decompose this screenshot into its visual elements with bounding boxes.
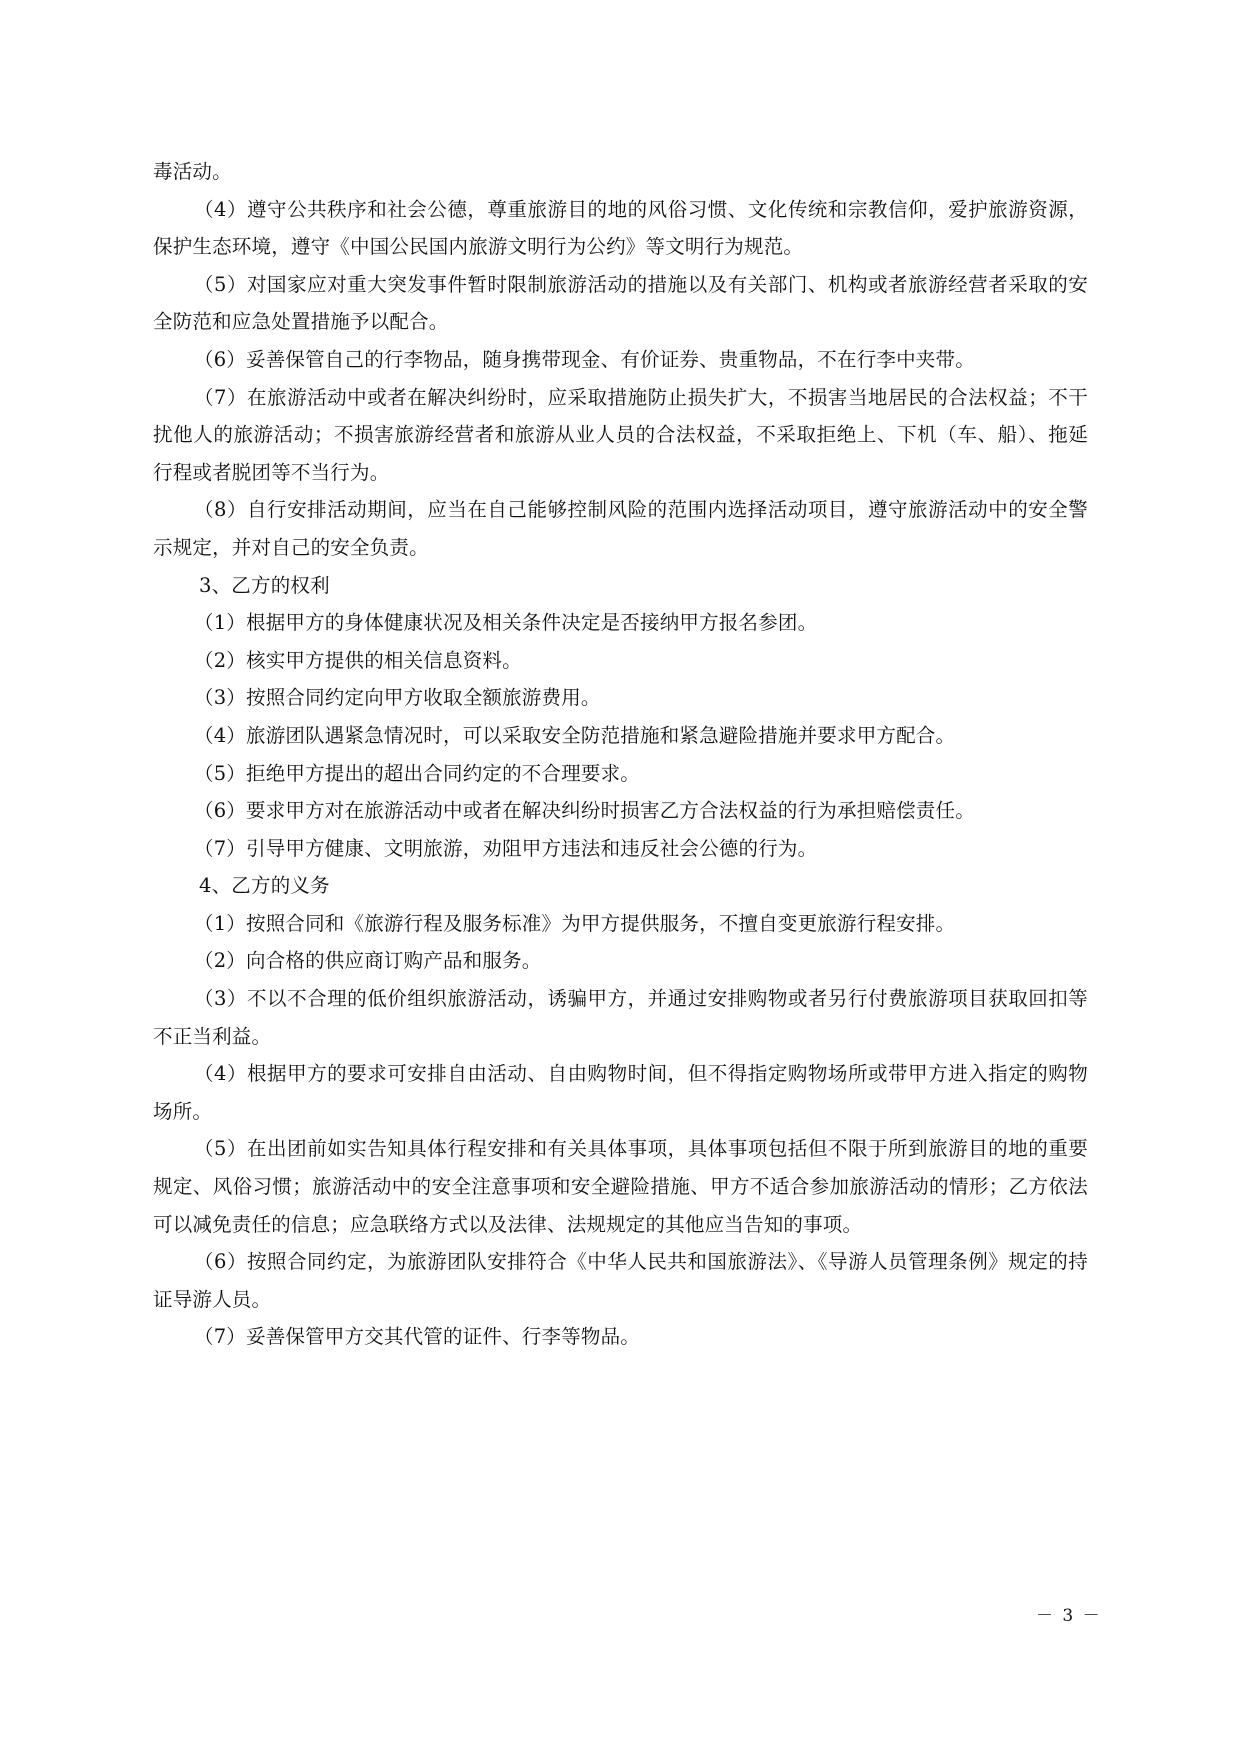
clause-item: （7）引导甲方健康、文明旅游，劝阻甲方违法和违反社会公德的行为。	[153, 830, 1088, 868]
clause-item: （5）对国家应对重大突发事件暂时限制旅游活动的措施以及有关部门、机构或者旅游经营…	[153, 266, 1088, 341]
clause-item: （4）根据甲方的要求可安排自由活动、自由购物时间，但不得指定购物场所或带甲方进入…	[153, 1055, 1088, 1130]
paragraph-continuation: 毒活动。	[153, 153, 1088, 191]
section-heading: 3、乙方的权利	[153, 567, 1088, 605]
clause-item: （4）旅游团队遇紧急情况时，可以采取安全防范措施和紧急避险措施并要求甲方配合。	[153, 717, 1088, 755]
clause-item: （3）不以不合理的低价组织旅游活动，诱骗甲方，并通过安排购物或者另行付费旅游项目…	[153, 980, 1088, 1055]
clause-item: （2）核实甲方提供的相关信息资料。	[153, 642, 1088, 680]
clause-item: （7）在旅游活动中或者在解决纠纷时，应采取措施防止损失扩大，不损害当地居民的合法…	[153, 379, 1088, 492]
clause-item: （5）在出团前如实告知具体行程安排和有关具体事项，具体事项包括但不限于所到旅游目…	[153, 1130, 1088, 1243]
clause-item: （2）向合格的供应商订购产品和服务。	[153, 942, 1088, 980]
clause-item: （4）遵守公共秩序和社会公德，尊重旅游目的地的风俗习惯、文化传统和宗教信仰，爱护…	[153, 191, 1088, 266]
page-number: － 3 －	[1036, 1604, 1102, 1628]
clause-item: （8）自行安排活动期间，应当在自己能够控制风险的范围内选择活动项目，遵守旅游活动…	[153, 491, 1088, 566]
clause-item: （3）按照合同约定向甲方收取全额旅游费用。	[153, 679, 1088, 717]
clause-item: （1）按照合同和《旅游行程及服务标准》为甲方提供服务，不擅自变更旅游行程安排。	[153, 905, 1088, 943]
clause-item: （6）妥善保管自己的行李物品，随身携带现金、有价证券、贵重物品，不在行李中夹带。	[153, 341, 1088, 379]
clause-item: （6）按照合同约定，为旅游团队安排符合《中华人民共和国旅游法》、《导游人员管理条…	[153, 1243, 1088, 1318]
document-page: 毒活动。 （4）遵守公共秩序和社会公德，尊重旅游目的地的风俗习惯、文化传统和宗教…	[153, 153, 1088, 1356]
clause-item: （1）根据甲方的身体健康状况及相关条件决定是否接纳甲方报名参团。	[153, 604, 1088, 642]
clause-item: （7）妥善保管甲方交其代管的证件、行李等物品。	[153, 1318, 1088, 1356]
section-heading: 4、乙方的义务	[153, 867, 1088, 905]
clause-item: （6）要求甲方对在旅游活动中或者在解决纠纷时损害乙方合法权益的行为承担赔偿责任。	[153, 792, 1088, 830]
clause-item: （5）拒绝甲方提出的超出合同约定的不合理要求。	[153, 755, 1088, 793]
